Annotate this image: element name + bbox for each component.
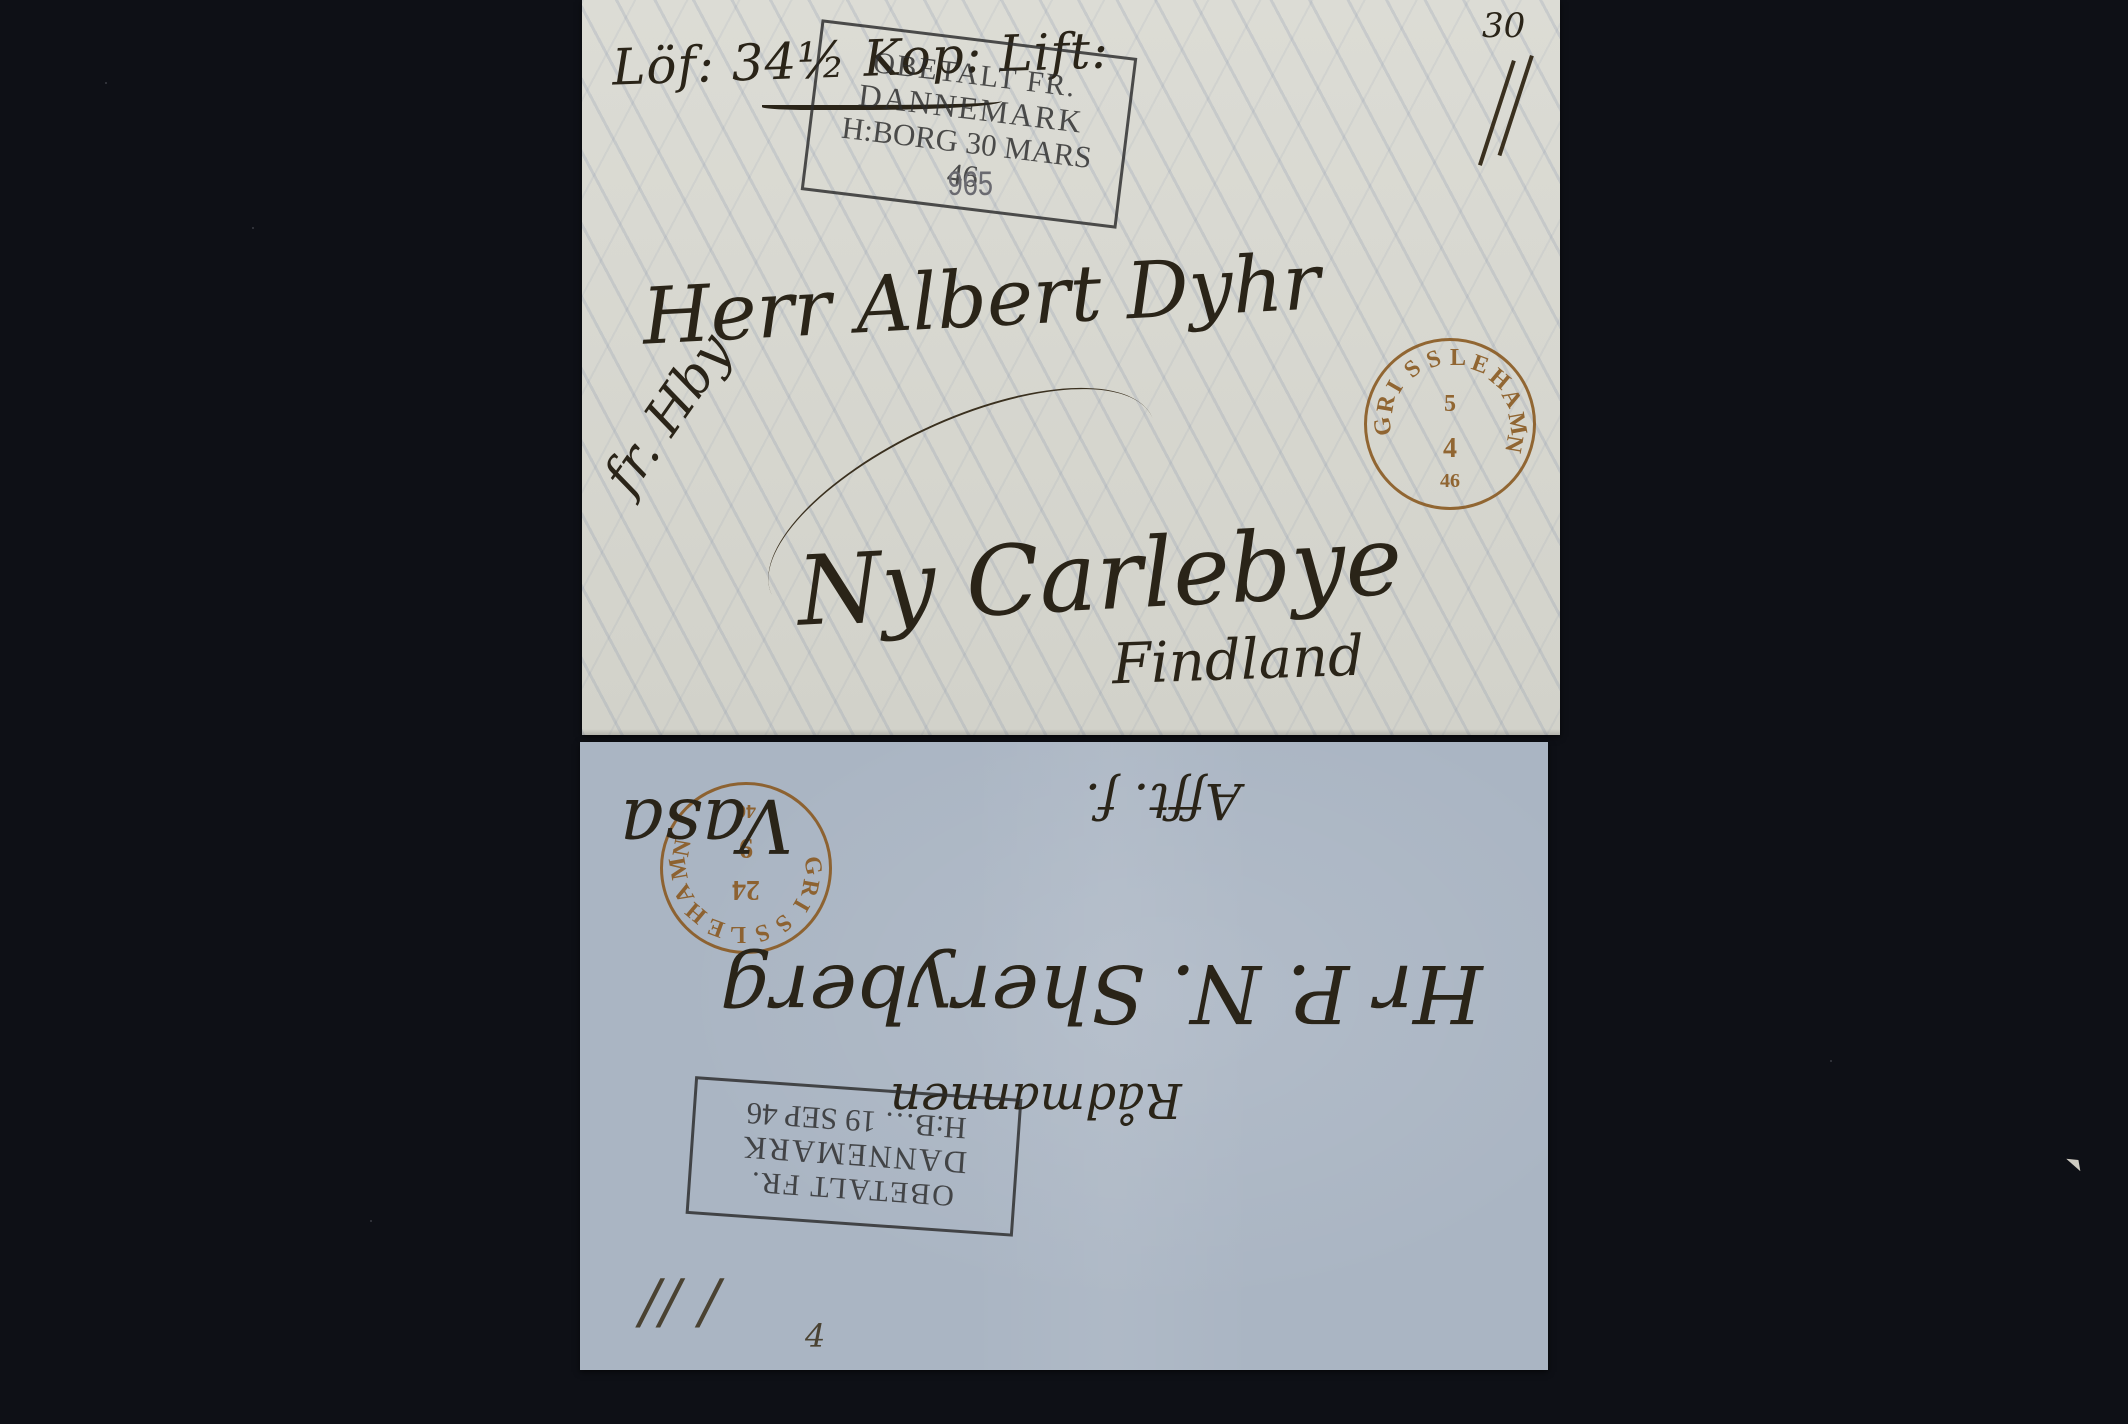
cds-day: 24 (663, 873, 829, 905)
dust-speck (1830, 1060, 1832, 1062)
circular-datestamp: GRISSLEHAMN46 5 4 (1364, 338, 1536, 510)
rate-slash (1498, 55, 1534, 156)
dust-speck (105, 82, 107, 84)
pencil-number: 965 (948, 165, 993, 204)
cds-day: 5 (1367, 391, 1533, 418)
cds-letter: E (1468, 350, 1492, 381)
cds-letter: S (751, 917, 773, 947)
address-line-3: Findland (1111, 624, 1365, 698)
cds-month: 4 (1367, 433, 1533, 465)
dust-speck (370, 1220, 372, 1222)
cds-letter: S (769, 908, 797, 937)
cds-letter: S (1423, 345, 1445, 375)
cds-letter: L (1450, 345, 1466, 372)
address-line-2: Hr P. N. Sheryberg (720, 947, 1483, 1040)
rate-marks: // / (640, 1267, 720, 1337)
address-line-3: Vasa (620, 782, 793, 868)
boxed-cancel: OBETALT FR. DANNEMARK H:B… 19 SEP 46 (686, 1076, 1023, 1237)
rate-30: 30 (1482, 6, 1525, 46)
dust-speck (252, 227, 254, 229)
cds-year: 46 (1367, 470, 1533, 493)
cover-blue: GRISSLEHAMN46 24 9 Vasa Afft. f. Hr P. N… (580, 742, 1548, 1370)
corner-note: Afft. f. (1085, 772, 1241, 830)
cds-town: GRISSLEHAMN46 (1367, 341, 1533, 507)
cover-top: Löf: 34½ Kop: Lift: OBETALT FR. DANNEMAR… (582, 0, 1560, 735)
cds-letter: S (1399, 355, 1427, 384)
cds-letter: L (730, 920, 746, 947)
address-line-1: Herr Albert Dyhr (640, 237, 1322, 362)
cds-letter: E (704, 911, 728, 942)
small-mark: 4 (805, 1317, 825, 1355)
paper-scrap (2066, 1154, 2084, 1175)
